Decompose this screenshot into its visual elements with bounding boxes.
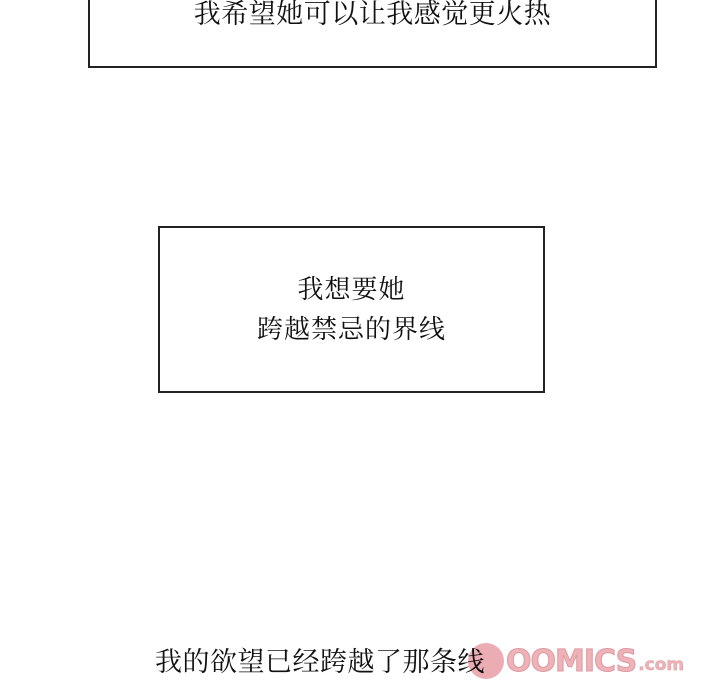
caption-text: 我希望她可以让我感觉更火热 bbox=[194, 0, 552, 32]
bottom-caption: 我的欲望已经跨越了那条线 bbox=[155, 646, 485, 680]
caption-box-middle: 我想要她 跨越禁忌的界线 bbox=[158, 226, 545, 393]
caption-box-top: 我希望她可以让我感觉更火热 bbox=[88, 0, 657, 68]
watermark-logo: OOMICS .com bbox=[468, 641, 684, 681]
caption-text-line-1: 我想要她 bbox=[297, 270, 405, 310]
watermark-suffix: .com bbox=[638, 655, 684, 675]
caption-text-line-2: 跨越禁忌的界线 bbox=[257, 310, 446, 350]
watermark-text: OOMICS bbox=[506, 644, 636, 679]
